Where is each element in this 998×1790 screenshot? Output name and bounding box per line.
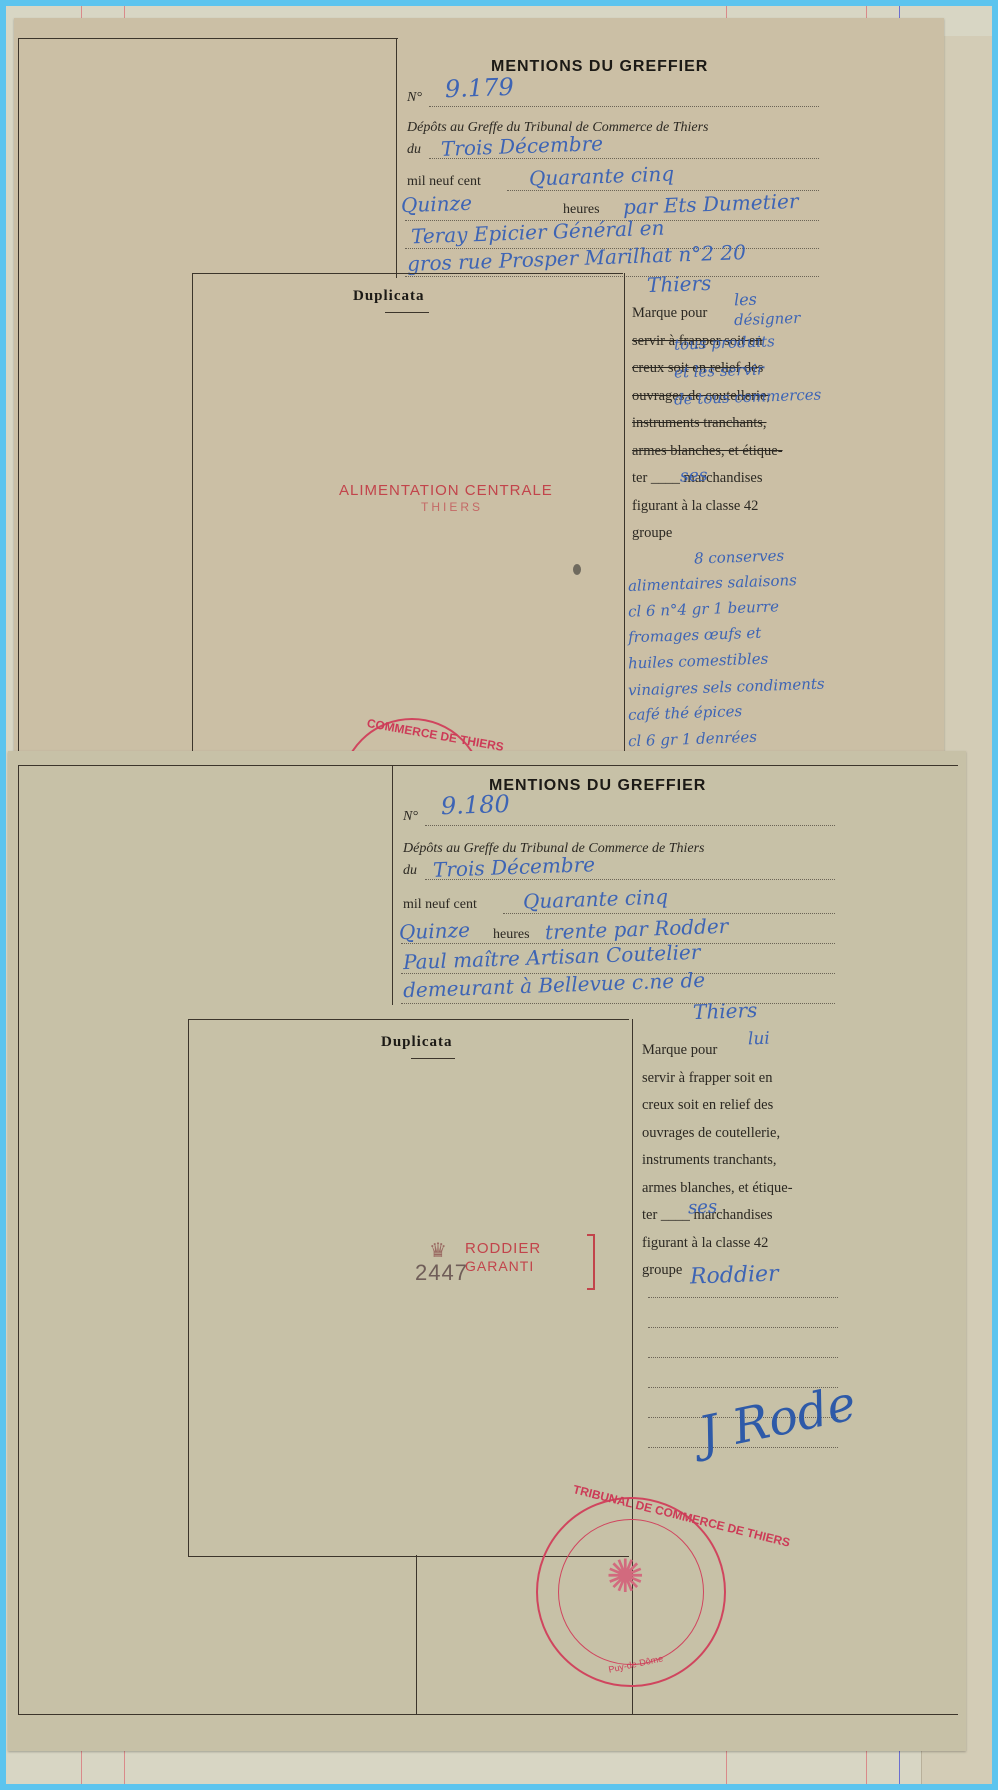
hour-suffix-value: par Ets Dumetier — [623, 189, 799, 219]
annotation-line: et les servir — [674, 360, 765, 381]
border-line — [18, 38, 398, 39]
hour-value: Quinze — [399, 918, 471, 944]
classe-text-line: café thé épices — [628, 702, 743, 724]
text-field-line — [648, 1357, 838, 1358]
duplicata-box: Duplicata ALIMENTATION CENTRALE THIERS — [192, 273, 623, 775]
mil-neuf-cent-label: mil neuf cent — [407, 174, 481, 190]
classe-text-line: fromages œufs et — [628, 624, 762, 647]
marque-line: armes blanches, et étique- — [632, 438, 832, 466]
year-words-value: Quarante cinq — [523, 884, 669, 913]
text-field-line — [648, 1297, 838, 1298]
column-divider — [416, 1555, 417, 1715]
marque-line: groupe — [632, 520, 832, 548]
roddier-stamp: ♛ RODDIER GARANTI 2447 — [415, 1234, 595, 1294]
photo-frame: MENTIONS DU GREFFIER N° 9.179 Dépôts au … — [6, 6, 992, 1784]
hour-value: Quinze — [401, 191, 473, 217]
border-line — [18, 38, 19, 758]
marque-line: servir à frapper soit en — [642, 1065, 842, 1093]
border-line — [18, 1714, 958, 1715]
marque-line: figurant à la classe 42 — [642, 1230, 842, 1258]
duplicata-underline — [411, 1058, 455, 1059]
deposit-sheet-9180: MENTIONS DU GREFFIER N° 9.180 Dépôts au … — [8, 751, 966, 1751]
greffier-box: MENTIONS DU GREFFIER N° 9.179 Dépôts au … — [396, 38, 827, 278]
classe-text-line: cl 6 gr 1 denrées — [628, 728, 757, 750]
text-field-line — [401, 1003, 835, 1004]
column-divider — [624, 273, 625, 763]
roddier-stamp-line2: GARANTI — [465, 1258, 534, 1274]
date-day-value: Trois Décembre — [433, 852, 596, 882]
numero-value: 9.179 — [445, 73, 515, 103]
roddier-stamp-line1: RODDIER — [465, 1240, 541, 1257]
city-value: Thiers — [647, 271, 712, 297]
numero-label: N° — [407, 90, 422, 106]
marque-pour-value: lui — [748, 1029, 771, 1050]
marque-line: armes blanches, et étique- — [642, 1175, 842, 1203]
hour-suffix-value: trente par Rodder — [545, 914, 729, 944]
marque-text-block: Marque pour servir à frapper soit en cre… — [642, 1037, 842, 1285]
duplicata-underline — [385, 312, 429, 313]
marque-line: creux soit en relief des — [642, 1092, 842, 1120]
duplicata-title: Duplicata — [381, 1034, 453, 1051]
city-value: Thiers — [693, 998, 758, 1024]
annotation-line: désigner — [734, 309, 801, 329]
tribunal-seal: TRIBUNAL DE COMMERCE DE THIERS ✺ Puy-de-… — [536, 1497, 726, 1687]
marque-line: Marque pour — [632, 300, 832, 328]
date-day-value: Trois Décembre — [441, 131, 604, 161]
classe-text-line: cl 6 n°4 gr 1 beurre — [628, 597, 780, 620]
classe-text-line: alimentaires salaisons — [628, 571, 797, 595]
numero-field-line — [429, 106, 819, 107]
marque-line: ter ____ marchandises — [642, 1202, 842, 1230]
greffier-box: MENTIONS DU GREFFIER N° 9.180 Dépôts au … — [392, 765, 843, 1005]
year-words-value: Quarante cinq — [529, 161, 675, 190]
heures-label: heures — [493, 927, 530, 943]
text-field-line — [648, 1327, 838, 1328]
stamp-number: 2447 — [415, 1260, 468, 1286]
groupe-value: Roddier — [690, 1261, 779, 1289]
greffier-title: MENTIONS DU GREFFIER — [489, 777, 706, 795]
du-label: du — [403, 863, 417, 879]
mil-neuf-cent-label: mil neuf cent — [403, 897, 477, 913]
punch-hole — [573, 564, 581, 575]
marque-line: instruments tranchants, — [642, 1147, 842, 1175]
stamp-bracket — [587, 1234, 595, 1290]
classe-text-line: huiles comestibles — [628, 650, 769, 673]
duplicata-box: Duplicata ♛ RODDIER GARANTI 2447 — [188, 1019, 629, 1557]
greffier-title: MENTIONS DU GREFFIER — [491, 58, 708, 76]
marque-line: Marque pour — [642, 1037, 842, 1065]
numero-field-line — [425, 825, 835, 826]
border-line — [18, 765, 19, 1715]
ses-value: ses — [680, 466, 708, 487]
marque-line: figurant à la classe 42 — [632, 493, 832, 521]
marque-line: ouvrages de coutellerie, — [642, 1120, 842, 1148]
greffier-signature: J Rode — [694, 1375, 861, 1463]
numero-label: N° — [403, 809, 418, 825]
marque-line: instruments tranchants, — [632, 410, 832, 438]
marque-line: ter ____ marchandises — [632, 465, 832, 493]
classe-text-line: vinaigres sels condiments — [628, 675, 825, 700]
liberty-figure-icon: ✺ — [606, 1549, 645, 1603]
alimentation-centrale-stamp-line2: THIERS — [421, 500, 483, 514]
numero-value: 9.180 — [441, 790, 511, 820]
year-field-line — [503, 913, 835, 914]
deposit-sheet-9179: MENTIONS DU GREFFIER N° 9.179 Dépôts au … — [14, 18, 944, 758]
marque-pour-value: les — [734, 290, 757, 310]
heures-label: heures — [563, 202, 600, 218]
classe-text-line: 8 conserves — [694, 546, 785, 567]
annotation-line: tous produits — [674, 332, 775, 354]
duplicata-title: Duplicata — [353, 288, 425, 305]
alimentation-centrale-stamp-line1: ALIMENTATION CENTRALE — [339, 482, 553, 499]
ses-value: ses — [688, 1196, 718, 1218]
du-label: du — [407, 142, 421, 158]
